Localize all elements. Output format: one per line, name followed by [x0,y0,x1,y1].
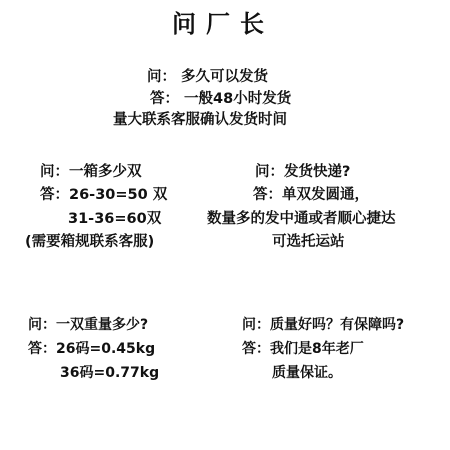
question-text: 问：一双重量多少? [28,318,148,332]
answer-text: 答： 一般48小时发货 [150,92,291,107]
page-title: 问厂长 [172,12,274,36]
question-text: 问：发货快递? [255,165,350,180]
answer-text: 答：26码=0.45kg [28,342,155,356]
question-text: 问：质量好吗？有保障吗? [242,318,404,332]
answer-text: 可选托运站 [272,235,345,250]
answer-text: 36码=0.77kg [60,366,159,380]
answer-text: 31-36=60双 [68,212,161,227]
answer-text: 答：26-30=50 双 [40,188,167,203]
answer-text: 数量多的发中通或者顺心捷达 [207,212,396,227]
answer-text: 答：我们是8年老厂 [242,342,364,356]
question-text: 问： 多久可以发货 [147,70,268,85]
note-text: 量大联系客服确认发货时间 [113,113,287,128]
answer-text: 答：单双发圆通， [253,188,369,203]
note-text: (需要箱规联系客服) [25,235,154,250]
question-text: 问：一箱多少双 [40,165,142,180]
answer-text: 质量保证。 [272,366,342,380]
